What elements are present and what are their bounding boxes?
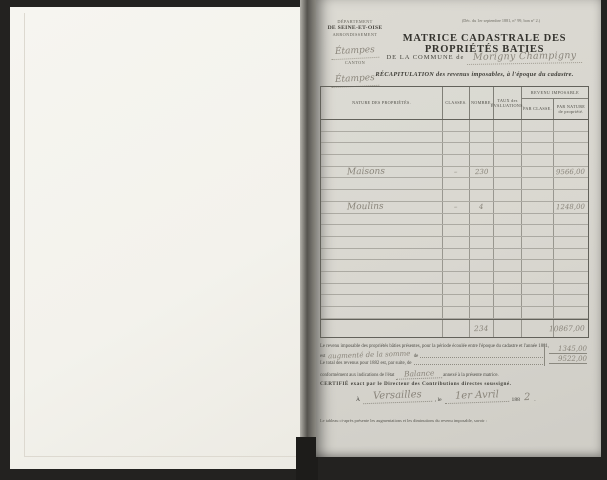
cell-nature bbox=[321, 260, 443, 271]
cell-classes: – bbox=[443, 167, 470, 178]
cell-par-nature bbox=[554, 284, 588, 295]
classes-handwritten: – bbox=[454, 168, 458, 176]
cell-par-classe bbox=[522, 284, 554, 295]
cell-par-classe bbox=[522, 295, 554, 306]
cell-par-classe bbox=[522, 237, 554, 248]
date-prefix: , le bbox=[435, 397, 442, 403]
cell-taux bbox=[494, 132, 522, 143]
cell-par-classe bbox=[522, 190, 554, 201]
cell-par-nature bbox=[554, 155, 588, 166]
par-nature-handwritten: 9566,00 bbox=[556, 168, 585, 177]
table-row bbox=[321, 284, 588, 296]
table-row bbox=[321, 120, 588, 132]
table-row bbox=[321, 143, 588, 155]
cell-par-nature bbox=[554, 307, 588, 318]
note-line1b-prefix: est bbox=[320, 354, 325, 359]
year-printed: 188 bbox=[512, 397, 520, 403]
classes-handwritten: – bbox=[454, 203, 458, 211]
binding-gutter-shadow bbox=[296, 437, 318, 480]
cell-par-nature bbox=[554, 249, 588, 260]
note-line1a: Le revenu imposable des propriétés bâtie… bbox=[320, 344, 570, 349]
cell-nombre bbox=[470, 225, 494, 236]
cell-par-nature bbox=[554, 260, 588, 271]
dotted-leader bbox=[414, 364, 543, 365]
cell-nombre bbox=[470, 237, 494, 248]
amount-total-1882: 9522,00 bbox=[549, 355, 587, 364]
cell-nature bbox=[321, 190, 443, 201]
nombre-handwritten: 4 bbox=[479, 203, 484, 211]
period: . bbox=[534, 397, 535, 403]
cell-classes bbox=[443, 214, 470, 225]
cell-nombre: 230 bbox=[470, 167, 494, 178]
cell-classes bbox=[443, 272, 470, 283]
header-par-nature: PAR NATURE de propriété. bbox=[554, 99, 588, 119]
header-taux: TAUX des ÉVALUATIONS. bbox=[494, 87, 522, 119]
cell-par-nature bbox=[554, 295, 588, 306]
nature-handwritten: Moulins bbox=[347, 202, 384, 213]
place-prefix: À bbox=[356, 397, 360, 403]
cell-nombre bbox=[470, 249, 494, 260]
table-row bbox=[321, 178, 588, 190]
cell-taux bbox=[494, 249, 522, 260]
cell-nature: Moulins bbox=[321, 202, 443, 213]
page-edge-crease bbox=[24, 13, 296, 457]
totals-nombre-handwritten: 234 bbox=[474, 324, 488, 333]
year-digit-handwritten: 2 bbox=[523, 392, 532, 403]
cell-taux bbox=[494, 190, 522, 201]
cell-nature bbox=[321, 120, 443, 131]
cell-nombre bbox=[470, 178, 494, 189]
header-revenu-subrow: PAR CLASSE. PAR NATURE de propriété. bbox=[522, 99, 588, 119]
cell-par-classe bbox=[522, 178, 554, 189]
cell-par-classe bbox=[522, 155, 554, 166]
cell-nombre bbox=[470, 272, 494, 283]
cell-taux bbox=[494, 178, 522, 189]
cell-par-classe bbox=[522, 272, 554, 283]
cell-classes bbox=[443, 225, 470, 236]
cell-par-nature bbox=[554, 190, 588, 201]
cell-par-classe bbox=[522, 260, 554, 271]
cell-par-nature bbox=[554, 132, 588, 143]
dotted-leader bbox=[420, 357, 543, 358]
cell-nature bbox=[321, 132, 443, 143]
cell-par-nature bbox=[554, 143, 588, 154]
amount-total-1882-value: 9522,00 bbox=[558, 355, 587, 363]
note-line3-suffix: annexé à la présente matrice. bbox=[443, 373, 499, 378]
cell-classes bbox=[443, 284, 470, 295]
cell-par-classe bbox=[522, 202, 554, 213]
recapitulation-heading: RÉCAPITULATION des revenus imposables, à… bbox=[356, 71, 593, 78]
commune-handwritten: Morigny Champigny bbox=[467, 50, 583, 65]
cell-par-classe bbox=[522, 132, 554, 143]
cell-nombre bbox=[470, 143, 494, 154]
cell-totals-nature bbox=[321, 320, 443, 337]
amount-variation: 1345,00 bbox=[549, 345, 587, 354]
cell-taux bbox=[494, 143, 522, 154]
cell-nombre bbox=[470, 120, 494, 131]
cell-nature bbox=[321, 155, 443, 166]
cell-nombre bbox=[470, 155, 494, 166]
header-revenu-imposable: REVENU IMPOSABLE bbox=[522, 87, 588, 99]
cell-classes bbox=[443, 295, 470, 306]
table-row bbox=[321, 225, 588, 237]
nature-handwritten: Maisons bbox=[347, 167, 385, 178]
arrondissement-handwritten: Étampes bbox=[331, 44, 379, 61]
cell-par-classe bbox=[522, 307, 554, 318]
cell-par-nature: 1248,00 bbox=[554, 202, 588, 213]
cell-nombre: 4 bbox=[470, 202, 494, 213]
place-handwritten: Versailles bbox=[363, 389, 432, 404]
cell-taux bbox=[494, 214, 522, 225]
table-body: Maisons–2309566,00Moulins–41248,00 bbox=[321, 120, 588, 319]
note-line1-handwritten: augmenté de la somme bbox=[328, 350, 411, 361]
cell-classes bbox=[443, 190, 470, 201]
cell-classes bbox=[443, 260, 470, 271]
cell-par-nature: 9566,00 bbox=[554, 167, 588, 178]
cell-par-nature bbox=[554, 120, 588, 131]
table-row bbox=[321, 272, 588, 284]
cell-nombre bbox=[470, 284, 494, 295]
cell-taux bbox=[494, 225, 522, 236]
cell-par-classe bbox=[522, 225, 554, 236]
footer-notes: Le revenu imposable des propriétés bâtie… bbox=[320, 344, 587, 444]
table-row bbox=[321, 307, 588, 319]
note-line3: conformément aux indications de l'état B… bbox=[320, 369, 570, 379]
totals-revenue-handwritten: 10867,00 bbox=[549, 324, 585, 334]
cell-taux bbox=[494, 202, 522, 213]
table-row bbox=[321, 190, 588, 202]
cell-totals-classes bbox=[443, 320, 470, 337]
cell-totals-nombre: 234 bbox=[470, 320, 494, 337]
cell-par-nature bbox=[554, 178, 588, 189]
cell-par-nature bbox=[554, 272, 588, 283]
cell-par-nature bbox=[554, 237, 588, 248]
cell-nature bbox=[321, 249, 443, 260]
table-totals-row: 234 10867,00 bbox=[321, 319, 588, 337]
cell-classes: – bbox=[443, 202, 470, 213]
header-classes: CLASSES. bbox=[443, 87, 470, 119]
blank-left-page bbox=[10, 7, 300, 469]
binding-gutter bbox=[300, 0, 316, 457]
commune-line: DE LA COMMUNE de Morigny Champigny bbox=[374, 51, 595, 64]
table-row bbox=[321, 155, 588, 167]
cell-classes bbox=[443, 178, 470, 189]
cell-nombre bbox=[470, 190, 494, 201]
cell-taux bbox=[494, 237, 522, 248]
cell-classes bbox=[443, 143, 470, 154]
table-row bbox=[321, 237, 588, 249]
cell-classes bbox=[443, 249, 470, 260]
note-line1-mid: de bbox=[414, 354, 419, 359]
cell-nature bbox=[321, 307, 443, 318]
table-row bbox=[321, 249, 588, 261]
cell-nature bbox=[321, 143, 443, 154]
table-header-row: NATURE DES PROPRIÉTÉS. CLASSES. NOMBRE. … bbox=[321, 87, 588, 120]
cell-taux bbox=[494, 284, 522, 295]
table-row: Maisons–2309566,00 bbox=[321, 167, 588, 179]
cell-taux bbox=[494, 295, 522, 306]
cell-par-nature bbox=[554, 225, 588, 236]
commune-label: DE LA COMMUNE de bbox=[386, 54, 464, 61]
cell-par-classe bbox=[522, 143, 554, 154]
place-date-line: À Versailles , le 1er Avril 188 2 . bbox=[356, 390, 536, 403]
table-row bbox=[321, 295, 588, 307]
cell-par-classe bbox=[522, 120, 554, 131]
amount-column-rule bbox=[544, 344, 545, 366]
cell-nature bbox=[321, 284, 443, 295]
cell-nature bbox=[321, 225, 443, 236]
scanned-register-spread: DÉPARTEMENT DE SEINE-ET-OISE ARRONDISSEM… bbox=[0, 0, 607, 480]
amount-variation-value: 1345,00 bbox=[558, 345, 587, 353]
header-par-classe: PAR CLASSE. bbox=[522, 99, 554, 119]
cell-taux bbox=[494, 167, 522, 178]
cell-nature bbox=[321, 214, 443, 225]
par-nature-handwritten: 1248,00 bbox=[556, 203, 585, 212]
cell-totals-taux bbox=[494, 320, 522, 337]
cell-nature bbox=[321, 295, 443, 306]
cell-nombre bbox=[470, 260, 494, 271]
cell-taux bbox=[494, 120, 522, 131]
cell-par-nature bbox=[554, 214, 588, 225]
cell-classes bbox=[443, 237, 470, 248]
cell-nature bbox=[321, 237, 443, 248]
cell-taux bbox=[494, 307, 522, 318]
cell-nature bbox=[321, 178, 443, 189]
certification-text: CERTIFIÉ exact par le Directeur des Cont… bbox=[320, 381, 511, 387]
cell-nombre bbox=[470, 132, 494, 143]
cell-classes bbox=[443, 307, 470, 318]
cell-par-classe bbox=[522, 249, 554, 260]
cell-nature: Maisons bbox=[321, 167, 443, 178]
cell-classes bbox=[443, 132, 470, 143]
recapitulation-table: NATURE DES PROPRIÉTÉS. CLASSES. NOMBRE. … bbox=[320, 86, 589, 338]
cell-classes bbox=[443, 155, 470, 166]
note-line2-text: Le total des revenus pour 1882 est, par … bbox=[320, 361, 412, 366]
cell-taux bbox=[494, 155, 522, 166]
header-revenu-group: REVENU IMPOSABLE PAR CLASSE. PAR NATURE … bbox=[522, 87, 588, 119]
note-line2: Le total des revenus pour 1882 est, par … bbox=[320, 361, 545, 366]
table-row: Moulins–41248,00 bbox=[321, 202, 588, 214]
bottom-printed-note: Le tableau ci-après présente les augment… bbox=[320, 418, 580, 423]
cell-taux bbox=[494, 260, 522, 271]
cell-nombre bbox=[470, 295, 494, 306]
date-handwritten: 1er Avril bbox=[444, 389, 508, 404]
header-nature: NATURE DES PROPRIÉTÉS. bbox=[321, 87, 443, 119]
table-row bbox=[321, 214, 588, 226]
note-line1b: est augmenté de la somme de bbox=[320, 351, 545, 359]
departement-value: DE SEINE-ET-OISE bbox=[322, 25, 388, 33]
printed-reference-note: (Déc. du 1er septembre 1881, n° 99, bon … bbox=[412, 18, 590, 23]
table-row bbox=[321, 260, 588, 272]
certification-statement: CERTIFIÉ exact par le Directeur des Cont… bbox=[320, 381, 511, 387]
note-line3-prefix: conformément aux indications de l'état bbox=[320, 373, 394, 378]
cell-classes bbox=[443, 120, 470, 131]
cell-taux bbox=[494, 272, 522, 283]
cell-nombre bbox=[470, 214, 494, 225]
note-line3-handwritten: Balance bbox=[395, 368, 442, 380]
nombre-handwritten: 230 bbox=[475, 168, 489, 176]
cell-nature bbox=[321, 272, 443, 283]
cell-totals-par-nature: 10867,00 bbox=[554, 320, 588, 337]
matrice-form-page: DÉPARTEMENT DE SEINE-ET-OISE ARRONDISSEM… bbox=[316, 0, 601, 457]
cell-par-classe bbox=[522, 214, 554, 225]
cell-nombre bbox=[470, 307, 494, 318]
cell-par-classe bbox=[522, 167, 554, 178]
table-row bbox=[321, 132, 588, 144]
